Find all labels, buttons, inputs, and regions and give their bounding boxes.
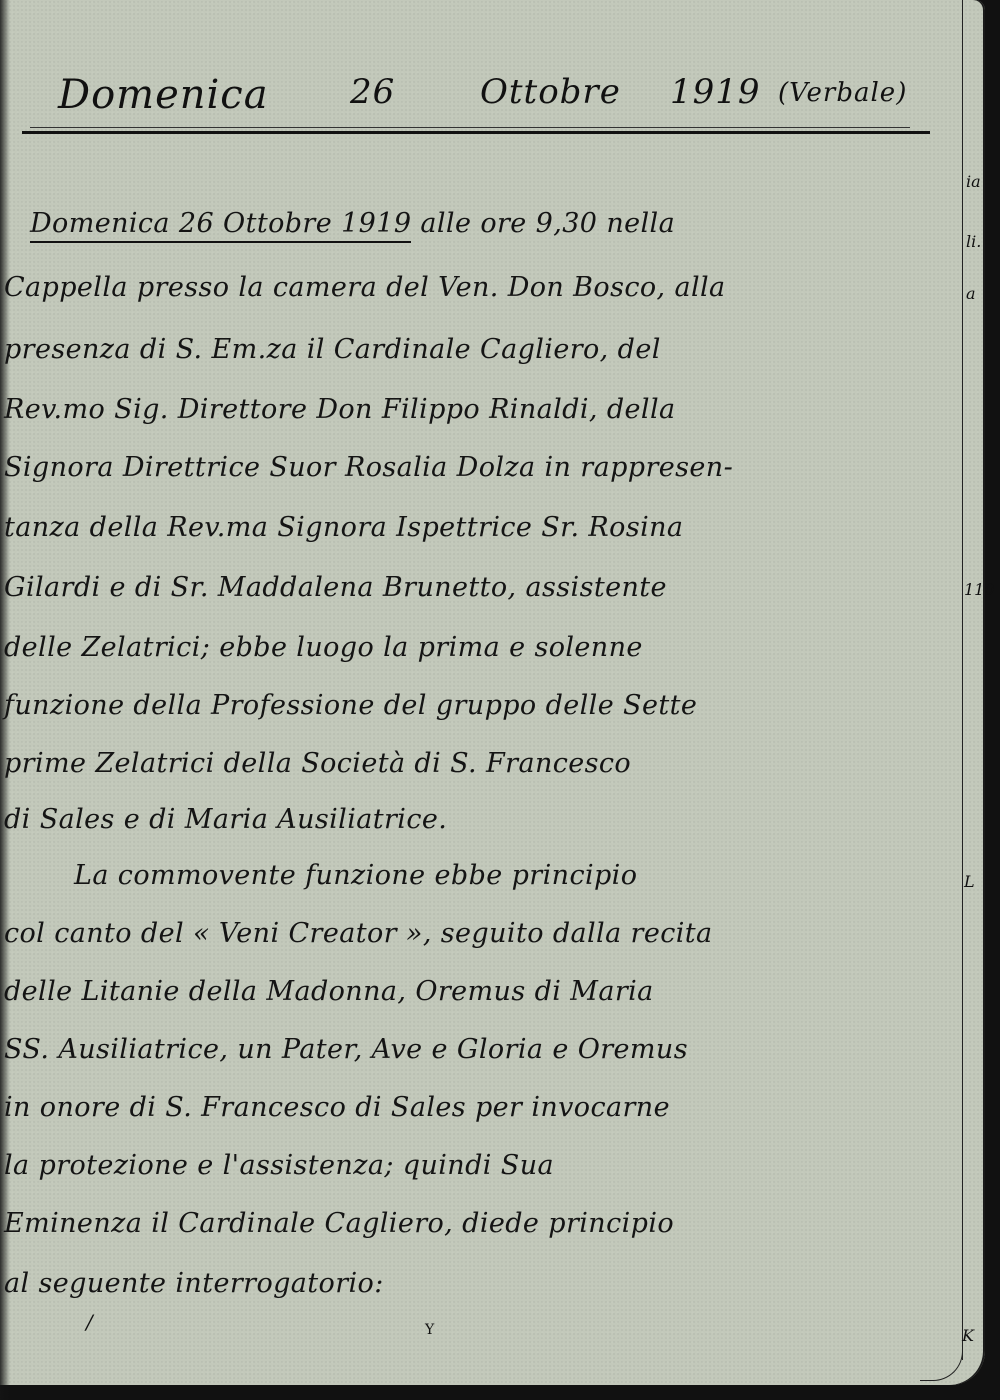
text-line-4: Rev.mo Sig. Direttore Don Filippo Rinald… (4, 394, 944, 444)
text-line-14: delle Litanie della Madonna, Oremus di M… (4, 976, 944, 1026)
text-line-8: delle Zelatrici; ebbe luogo la prima e s… (4, 632, 944, 682)
text-line-9: funzione della Professione del gruppo de… (4, 690, 944, 740)
underlined-date: Domenica 26 Ottobre 1919 (30, 208, 411, 243)
text-line-17: la protezione e l'assistenza; quindi Sua (4, 1150, 944, 1200)
text-line-2: Cappella presso la camera del Ven. Don B… (4, 272, 944, 322)
page-header: Domenica 26 Ottobre 1919 (Verbale) (30, 72, 930, 122)
text-line-12: La commovente funzione ebbe principio (4, 860, 1000, 910)
text-line-19: al seguente interrogatorio: (4, 1268, 944, 1318)
text-line-5: Signora Direttrice Suor Rosalia Dolza in… (4, 452, 944, 502)
diary-page: Domenica 26 Ottobre 1919 (Verbale) Domen… (0, 0, 985, 1385)
text-line-11: di Sales e di Maria Ausiliatrice. (4, 804, 944, 854)
margin-mark-3: a (966, 284, 976, 303)
header-rule (22, 131, 930, 134)
margin-mark-1: ia (966, 172, 981, 191)
header-year: 1919 (670, 72, 761, 112)
header-note: (Verbale) (778, 78, 907, 108)
header-date-number: 26 (350, 72, 395, 112)
text-line-6: tanza della Rev.ma Signora Ispettrice Sr… (4, 512, 944, 562)
header-rule-thin (30, 127, 910, 128)
text-line-18: Eminenza il Cardinale Cagliero, diede pr… (4, 1208, 944, 1258)
header-day: Domenica (58, 72, 269, 118)
text-line-15: SS. Ausiliatrice, un Pater, Ave e Gloria… (4, 1034, 944, 1084)
stray-mark-1: / (86, 1310, 93, 1334)
text-line-1: Domenica 26 Ottobre 1919 alle ore 9,30 n… (30, 208, 970, 258)
header-month: Ottobre (480, 72, 621, 112)
margin-rule (962, 0, 963, 1360)
margin-mark-5: L (964, 872, 975, 891)
text-line-13: col canto del « Veni Creator », seguito … (4, 918, 944, 968)
margin-mark-4: 110 (964, 580, 995, 599)
text-line-7: Gilardi e di Sr. Maddalena Brunetto, ass… (4, 572, 944, 622)
text-line-16: in onore di S. Francesco di Sales per in… (4, 1092, 944, 1142)
margin-mark-2: li. (966, 232, 981, 251)
text-line-3: presenza di S. Em.za il Cardinale Caglie… (4, 334, 944, 384)
stray-mark-2: Y (425, 1322, 434, 1338)
margin-mark-6: K (962, 1326, 974, 1345)
text-line-10: prime Zelatrici della Società di S. Fran… (4, 748, 944, 798)
